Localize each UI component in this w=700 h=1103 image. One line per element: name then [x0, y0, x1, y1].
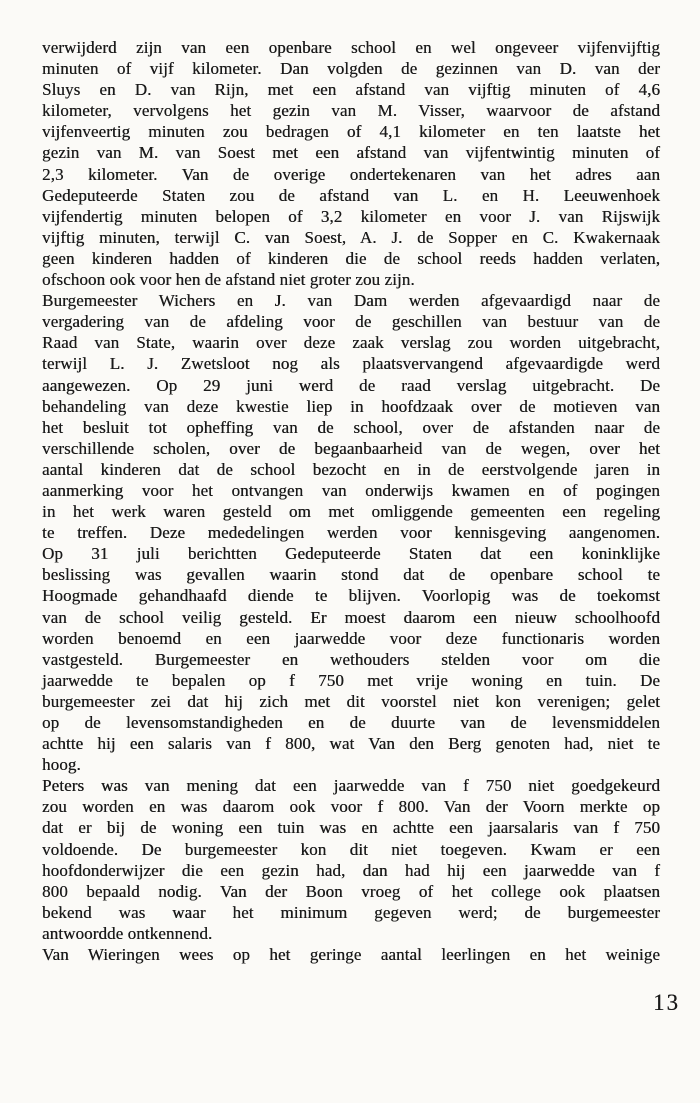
- text-line: zou worden en was daarom ook voor f 800.…: [42, 796, 660, 817]
- text-line: vastgesteld. Burgemeester en wethouders …: [42, 649, 660, 670]
- text-line: hoofdonderwijzer die een gezin had, dan …: [42, 860, 660, 881]
- text-line: Sluys en D. van Rijn, met een afstand va…: [42, 79, 660, 100]
- text-line: hoog.: [42, 754, 660, 775]
- text-line: 2,3 kilometer. Van de overige onderteken…: [42, 164, 660, 185]
- body-text: verwijderd zijn van een openbare school …: [42, 37, 660, 965]
- text-line: vijfendertig minuten belopen of 3,2 kilo…: [42, 206, 660, 227]
- text-line: 800 bepaald nodig. Van der Boon vroeg of…: [42, 881, 660, 902]
- text-line: op de levensomstandigheden en de duurte …: [42, 712, 660, 733]
- text-line: minuten of vijf kilometer. Dan volgden d…: [42, 58, 660, 79]
- text-line: dat er bij de woning een tuin was en ach…: [42, 817, 660, 838]
- text-line: antwoordde ontkennend.: [42, 923, 660, 944]
- text-line: aangewezen. Op 29 juni werd de raad vers…: [42, 375, 660, 396]
- scanned-book-page: verwijderd zijn van een openbare school …: [0, 0, 700, 1103]
- text-line: voldoende. De burgemeester kon dit niet …: [42, 839, 660, 860]
- text-line: terwijl L. J. Zwetsloot nog als plaatsve…: [42, 353, 660, 374]
- text-line: kilometer, vervolgens het gezin van M. V…: [42, 100, 660, 121]
- text-line: vergadering van de afdeling voor de gesc…: [42, 311, 660, 332]
- text-line: Burgemeester Wichers en J. van Dam werde…: [42, 290, 660, 311]
- text-line: verschillende scholen, over de begaanbaa…: [42, 438, 660, 459]
- text-line: aantal kinderen dat de school bezocht en…: [42, 459, 660, 480]
- text-line: beslissing was gevallen waarin stond dat…: [42, 564, 660, 585]
- page-number: 13: [653, 990, 680, 1016]
- text-line: te treffen. Deze mededelingen werden voo…: [42, 522, 660, 543]
- text-line: in het werk waren gesteld om met omligge…: [42, 501, 660, 522]
- text-line: van de school veilig gesteld. Er moest d…: [42, 607, 660, 628]
- text-line: gezin van M. van Soest met een afstand v…: [42, 142, 660, 163]
- text-line: worden benoemd en een jaarwedde voor dez…: [42, 628, 660, 649]
- text-line: vijftig minuten, terwijl C. van Soest, A…: [42, 227, 660, 248]
- text-line: Op 31 juli berichtten Gedeputeerde State…: [42, 543, 660, 564]
- text-line: behandeling van deze kwestie liep in hoo…: [42, 396, 660, 417]
- text-line: geen kinderen hadden of kinderen die de …: [42, 248, 660, 269]
- text-line: ofschoon ook voor hen de afstand niet gr…: [42, 269, 660, 290]
- text-line: Peters was van mening dat een jaarwedde …: [42, 775, 660, 796]
- text-line: vijfenveertig minuten zou bedragen of 4,…: [42, 121, 660, 142]
- text-line: achtte hij een salaris van f 800, wat Va…: [42, 733, 660, 754]
- text-line: verwijderd zijn van een openbare school …: [42, 37, 660, 58]
- text-line: Raad van State, waarin over deze zaak ve…: [42, 332, 660, 353]
- text-line: Gedeputeerde Staten zou de afstand van L…: [42, 185, 660, 206]
- text-line: Van Wieringen wees op het geringe aantal…: [42, 944, 660, 965]
- text-line: burgemeester zei dat hij zich met dit vo…: [42, 691, 660, 712]
- text-line: bekend was waar het minimum gegeven werd…: [42, 902, 660, 923]
- text-line: Hoogmade gehandhaafd diende te blijven. …: [42, 585, 660, 606]
- text-line: aanmerking voor het ontvangen van onderw…: [42, 480, 660, 501]
- text-line: het besluit tot opheffing van de school,…: [42, 417, 660, 438]
- text-line: jaarwedde te bepalen op f 750 met vrije …: [42, 670, 660, 691]
